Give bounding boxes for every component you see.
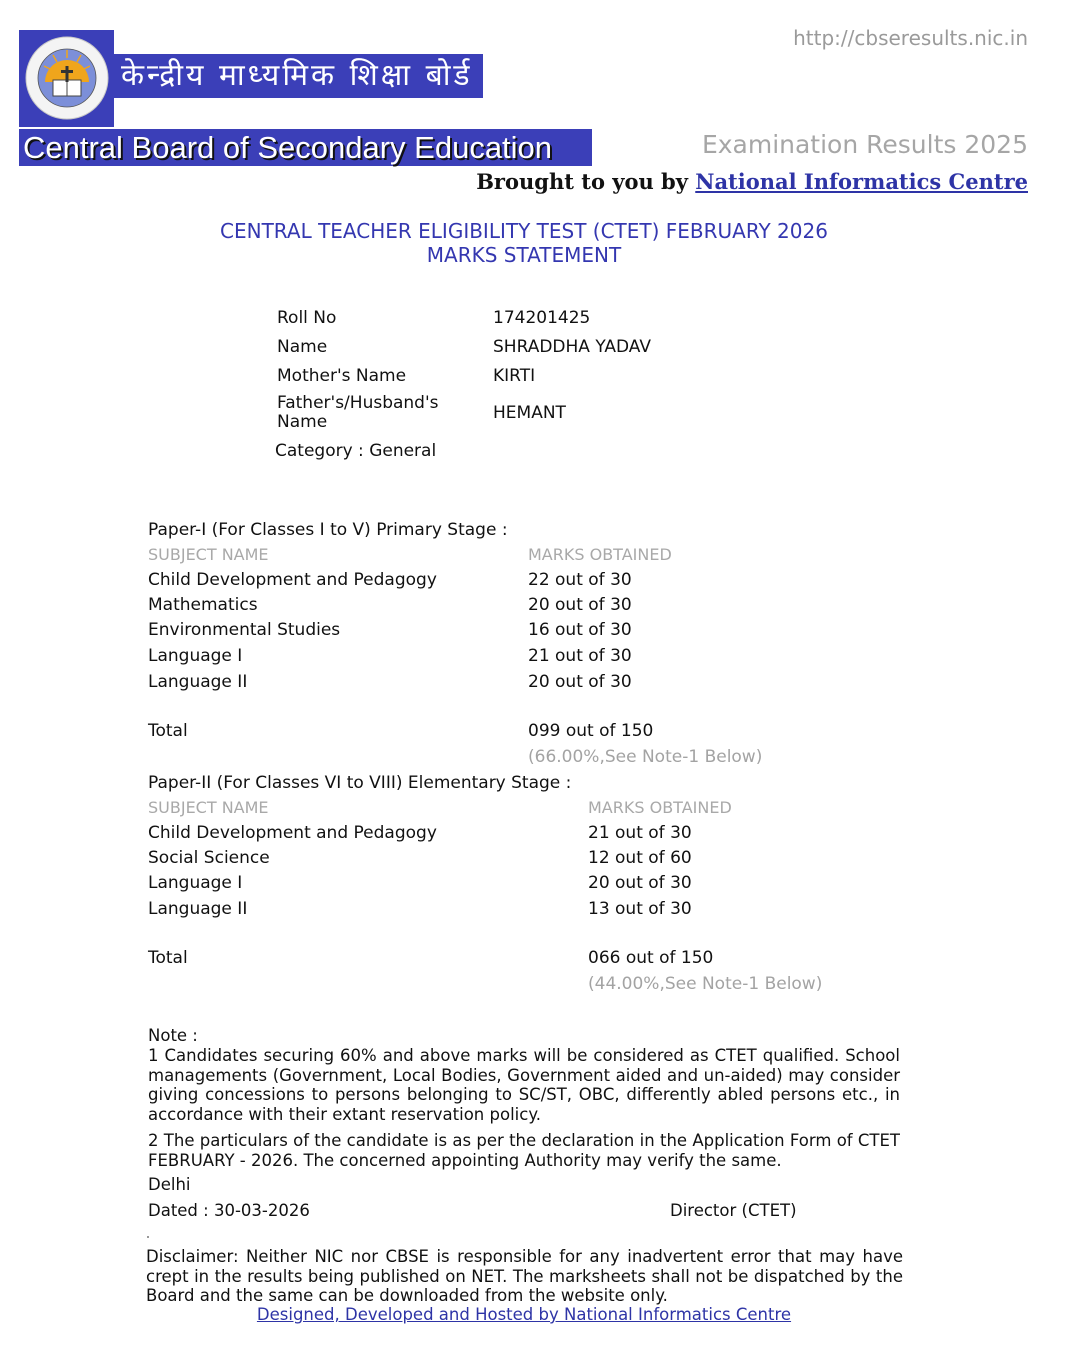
note-1: 1 Candidates securing 60% and above mark… xyxy=(148,1046,900,1124)
nic-footer-link[interactable]: Designed, Developed and Hosted by Nation… xyxy=(0,1305,1048,1324)
table-row-subject: Language I xyxy=(148,873,242,893)
table-row-marks: 20 out of 30 xyxy=(588,873,692,893)
table-row-marks: 20 out of 30 xyxy=(528,595,632,615)
name-value: SHRADDHA YADAV xyxy=(493,337,651,357)
site-url: http://cbseresults.nic.in xyxy=(793,26,1028,50)
paper1-heading: Paper-I (For Classes I to V) Primary Sta… xyxy=(148,520,508,540)
english-title-banner: Central Board of Secondary Education xyxy=(19,129,592,166)
paper2-total-label: Total xyxy=(148,948,188,968)
nic-link[interactable]: National Informatics Centre xyxy=(695,169,1028,194)
paper1-col-subject: SUBJECT NAME xyxy=(148,545,269,565)
table-row-subject: Social Science xyxy=(148,848,270,868)
roll-no-value: 174201425 xyxy=(493,308,590,328)
brought-by-prefix: Brought to you by xyxy=(476,169,695,194)
place-label: Delhi xyxy=(148,1175,900,1195)
page-title: CENTRAL TEACHER ELIGIBILITY TEST (CTET) … xyxy=(0,219,1048,267)
table-row-subject: Environmental Studies xyxy=(148,620,340,640)
cbse-emblem-icon xyxy=(25,36,109,120)
father-name-value: HEMANT xyxy=(493,403,566,423)
table-row-subject: Child Development and Pedagogy xyxy=(148,570,437,590)
table-row-marks: 21 out of 30 xyxy=(528,646,632,666)
separator-dot xyxy=(147,1236,149,1238)
table-row-marks: 21 out of 30 xyxy=(588,823,692,843)
roll-no-label: Roll No xyxy=(277,308,336,328)
paper1-percent-note: (66.00%,See Note-1 Below) xyxy=(528,747,762,767)
table-row-marks: 20 out of 30 xyxy=(528,672,632,692)
table-row-marks: 16 out of 30 xyxy=(528,620,632,640)
exam-results-label: Examination Results 2025 xyxy=(702,130,1028,159)
paper2-total-value: 066 out of 150 xyxy=(588,948,713,968)
table-row-subject: Child Development and Pedagogy xyxy=(148,823,437,843)
table-row-subject: Language I xyxy=(148,646,242,666)
category-label: Category : General xyxy=(275,441,436,461)
title-line-2: MARKS STATEMENT xyxy=(0,243,1048,267)
table-row-marks: 13 out of 30 xyxy=(588,899,692,919)
table-row-subject: Mathematics xyxy=(148,595,258,615)
disclaimer-text: Disclaimer: Neither NIC nor CBSE is resp… xyxy=(146,1247,903,1306)
table-row-marks: 22 out of 30 xyxy=(528,570,632,590)
mother-name-value: KIRTI xyxy=(493,366,535,386)
notes-heading: Note : xyxy=(148,1026,900,1046)
hindi-title-banner: केन्द्रीय माध्यमिक शिक्षा बोर्ड xyxy=(113,54,483,98)
paper1-total-label: Total xyxy=(148,721,188,741)
table-row-marks: 12 out of 60 xyxy=(588,848,692,868)
paper2-percent-note: (44.00%,See Note-1 Below) xyxy=(588,974,822,994)
title-line-1: CENTRAL TEACHER ELIGIBILITY TEST (CTET) … xyxy=(0,219,1048,243)
table-row-subject: Language II xyxy=(148,672,247,692)
mother-name-label: Mother's Name xyxy=(277,366,406,386)
paper2-heading: Paper-II (For Classes VI to VIII) Elemen… xyxy=(148,773,571,793)
signatory-label: Director (CTET) xyxy=(670,1201,797,1221)
paper2-col-marks: MARKS OBTAINED xyxy=(588,798,732,818)
brought-by-line: Brought to you by National Informatics C… xyxy=(476,169,1028,194)
note-2: 2 The particulars of the candidate is as… xyxy=(148,1131,900,1170)
table-row-subject: Language II xyxy=(148,899,247,919)
name-label: Name xyxy=(277,337,327,357)
father-name-label: Father's/Husband's Name xyxy=(277,394,457,432)
paper2-col-subject: SUBJECT NAME xyxy=(148,798,269,818)
paper1-total-value: 099 out of 150 xyxy=(528,721,653,741)
paper1-col-marks: MARKS OBTAINED xyxy=(528,545,672,565)
